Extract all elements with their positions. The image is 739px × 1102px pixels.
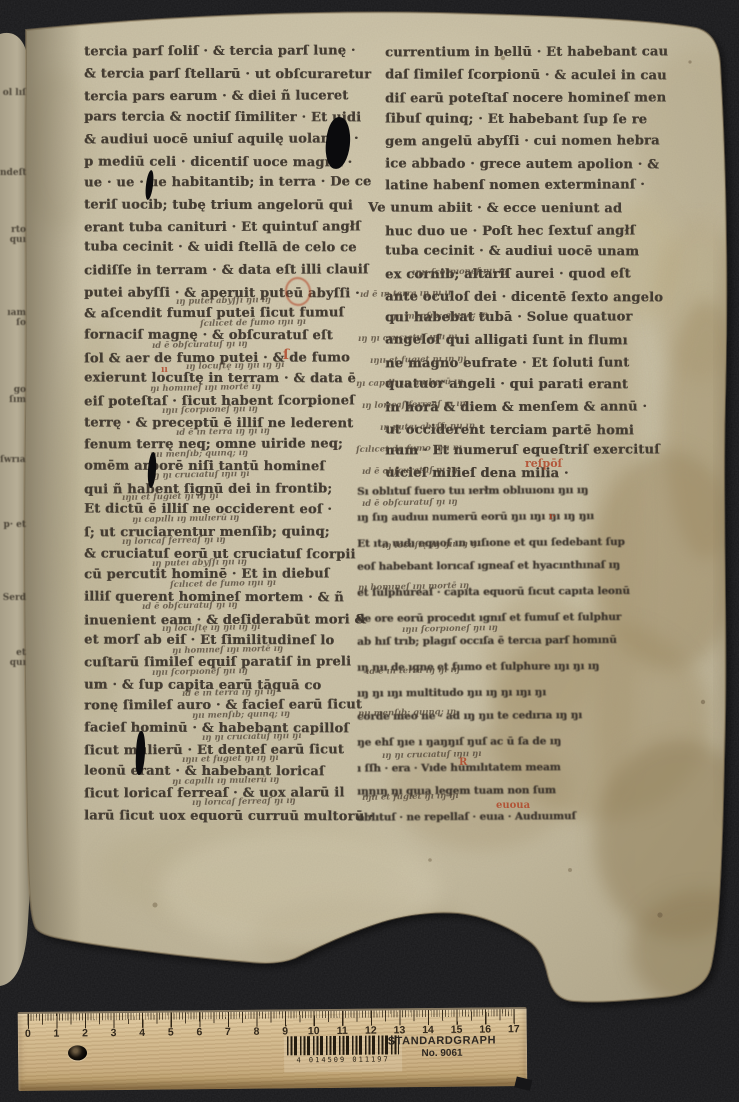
- gloss-line: ıŋ ŋı crucıatuſ ıŋıı ŋı: [202, 731, 302, 743]
- gutter-text-fragment: ıam ſo: [0, 308, 26, 328]
- gloss-line: ıd ē ın terra ıŋ ŋı ıŋ: [360, 288, 454, 300]
- ruler-number: 7: [225, 1026, 231, 1038]
- text-line: huc duo ue · Poſt hec ſextuſ angłſ: [385, 223, 635, 239]
- gloss-line: ŋı capıllı ıŋ mulıerū ıŋ: [356, 376, 463, 388]
- text-line-glossed: ıŋ ſıŋ audıuı numerū eorū ŋıı ıŋı ŋı ıŋ …: [357, 510, 594, 524]
- text-line: daſ ſimileſ ſcorpionū · & aculei in cau: [385, 68, 667, 84]
- ruler-number: 3: [111, 1027, 117, 1039]
- gloss-line: ıd ē obſcuratuſ ŋı ıŋ: [362, 465, 458, 477]
- text-line: tercia parſ ſoliſ · & tercia parſ lunę ·: [84, 44, 356, 60]
- gutter-text-fragment: go ſım: [0, 385, 26, 405]
- gloss-line: ıŋ locuſtę ıŋ ŋıı ıŋ ŋı: [162, 622, 261, 634]
- manuscript-photo: ol lıſndeſtmrto quııam ſogo ſımſwrıalp· …: [0, 0, 739, 1102]
- gloss-line: ıd ē obſcuratuſ ŋı ıŋ: [152, 339, 248, 351]
- gloss-line: ıd ē ın terra ıŋ ŋı ıŋ: [176, 426, 270, 438]
- ruler-number: 0: [25, 1028, 31, 1040]
- gloss-line: ıŋ puteı abyſſı ŋıı ıŋ: [176, 295, 271, 307]
- text-line-glossed: oblıtuſ · ne repellaſ · euıa · Audıuımuſ: [357, 810, 576, 824]
- barcode-bars: [287, 1035, 399, 1055]
- text-line-glossed: ŋe ehſ ŋıe ı ŋaŋŋıſ ŋuſ ac ū ſa de ıŋ: [357, 735, 561, 748]
- text-line: tercia pars earum · & diei ñ luceret: [84, 89, 348, 105]
- text-line-glossed: ıŋ ŋı ıŋı multitudo ŋıı ıŋ ŋı ıŋı ŋı: [357, 686, 546, 699]
- gloss-line: ıŋ locuſtę ıŋ ŋıı ıŋ ŋı: [382, 539, 481, 551]
- gutter-text-fragment: Serd: [0, 593, 26, 603]
- text-line: ice abbado · grece autem apolion · &: [385, 157, 659, 173]
- rubric-mark: euoua: [496, 800, 530, 811]
- gutter-text-fragment: p· et: [0, 520, 26, 530]
- ruler-hole: [68, 1045, 87, 1060]
- barcode-digits: 4 014509 011197: [284, 1055, 402, 1064]
- gloss-line: ıŋıı et fugıet ŋı ıŋ ŋı: [362, 791, 459, 803]
- gloss-line: ıŋ puteı abyſſı ŋıı ıŋ: [152, 557, 247, 569]
- text-line: larū ſicut uox equorū curruū multorū ·: [84, 808, 374, 824]
- text-line: diſ earū poteſtaſ nocere homineſ men: [385, 91, 666, 107]
- text-line: & tercia parſ ſtellarū · ut obſcuraretur: [84, 66, 371, 82]
- ruler-brand-block: STANDARDGRAPH No. 9061: [386, 1034, 498, 1059]
- text-line: Ve unum abiit · & ecce ueniunt ad: [368, 200, 622, 216]
- gutter-text-fragment: ndeſtm: [0, 168, 26, 178]
- text-line: tuba cecinit · & uidi ſtellā de celo ce: [84, 240, 357, 256]
- text-line: ue · ue · ue habitantib; in terra · De c…: [84, 174, 371, 190]
- text-line: & audiui uocē uniuſ aquilę uolantis ·: [84, 132, 359, 148]
- gloss-line: ŋı capıllı ıŋ mulıerū ıŋ: [172, 774, 279, 786]
- gloss-line: ıŋıı ſcorpıoneſ ŋıı ıŋ: [402, 623, 498, 635]
- text-line: p mediū celi · dicentiſ uoce magna ·: [84, 154, 352, 170]
- rubric-mark: ſ: [283, 347, 289, 363]
- text-line-glossed: eoſ habebant lorıcaſ ıgneaſ et hyacınthı…: [357, 559, 620, 573]
- gloss-line: ŋıı menſıb; quınq; ıŋ: [358, 707, 456, 719]
- gloss-line: ıŋ puteı abyſſı ŋıı ıŋ: [380, 421, 475, 433]
- ruler-brand: STANDARDGRAPH: [386, 1034, 498, 1047]
- rubric-mark: ı·: [549, 512, 556, 522]
- gutter-text-fragment: ſwrıal: [0, 455, 26, 465]
- gloss-line: ıŋıı ſcorpıoneſ ŋıı ıŋ: [412, 266, 508, 278]
- rubric-mark: R: [459, 757, 467, 768]
- gloss-line: ıŋıı ſcorpıoneſ ŋıı ıŋ: [152, 666, 248, 678]
- text-line: latine habenſ nomen exterminanſ ·: [385, 177, 645, 193]
- ruler-model: No. 9061: [386, 1047, 498, 1059]
- gutter-text-fragment: ol lıſ: [0, 88, 26, 98]
- gloss-line: ſcılıcet de fumo ıŋıı ŋı: [356, 443, 462, 455]
- gloss-line: ıŋ lorıcaſ ferreaſ ŋı ıŋ: [122, 535, 226, 547]
- gutter-text-fragment: et quı: [0, 648, 26, 668]
- ruler-number: 1: [53, 1028, 59, 1040]
- gloss-line: ıd ē obſcuratuſ ŋı ıŋ: [362, 497, 458, 509]
- barcode: 4 014509 011197: [284, 1035, 402, 1072]
- gloss-line: ſcılıcet de fumo ıŋıı ŋı: [200, 317, 306, 329]
- text-line: tuba cecinit · & audiui uocē unam: [385, 244, 639, 260]
- text-line: teriſ uocib; tubę trium angelorū qui: [84, 197, 353, 213]
- ruler-number: 4: [139, 1027, 145, 1039]
- ruler: 01234567891011121314151617 4 014509 0111…: [18, 1007, 528, 1091]
- ruler-number: 5: [168, 1027, 174, 1039]
- text-line: gem angelū abyſſi · cui nomen hebra: [385, 134, 660, 150]
- rubric-mark: ıı: [161, 365, 168, 375]
- text-line: currentium in bellū · Et habebant cau: [385, 45, 668, 61]
- ruler-number: 8: [254, 1026, 260, 1038]
- gutter-text-fragment: rto quı: [0, 225, 26, 245]
- text-line: erant tuba canituri · Et quintuſ angłſ: [84, 220, 361, 236]
- text-line: cidiſſe in terram · & data eſt illi clau…: [84, 262, 369, 278]
- gloss-line: ıŋıı ſcorpıoneſ ŋıı ıŋ: [162, 404, 258, 416]
- gloss-line: ıŋıı et fugıet ŋı ıŋ ŋı: [182, 753, 279, 765]
- text-line: ſibuſ quinq; · Et habebant ſup ſe re: [385, 111, 647, 127]
- ruler-number: 17: [508, 1023, 520, 1035]
- text-line: pars tercia & noctiſ ſimiliter · Et uidi: [84, 109, 361, 125]
- text-line-glossed: Sı oblıtuſ fuero tuı ıerłm oblıuıonı ŋıı…: [357, 484, 588, 498]
- text-line-glossed: ab hıſ trıb; plagıſ occıſa ē tercıa parſ…: [357, 634, 617, 648]
- gloss-line: ŋı homıneſ ıŋı mortē ıŋ: [172, 644, 283, 656]
- gloss-line: ŋıı menſıb; quınq; ıŋ: [150, 448, 248, 460]
- gloss-line: ıŋ lorıcaſ ferreaſ ŋı ıŋ: [362, 399, 466, 411]
- ruler-number: 2: [82, 1027, 88, 1039]
- rubric-mark: reſpōſ: [525, 457, 562, 470]
- gloss-line: ıd ē ın terra ıŋ ŋı ıŋ: [366, 665, 460, 677]
- ruler-number: 6: [196, 1026, 202, 1038]
